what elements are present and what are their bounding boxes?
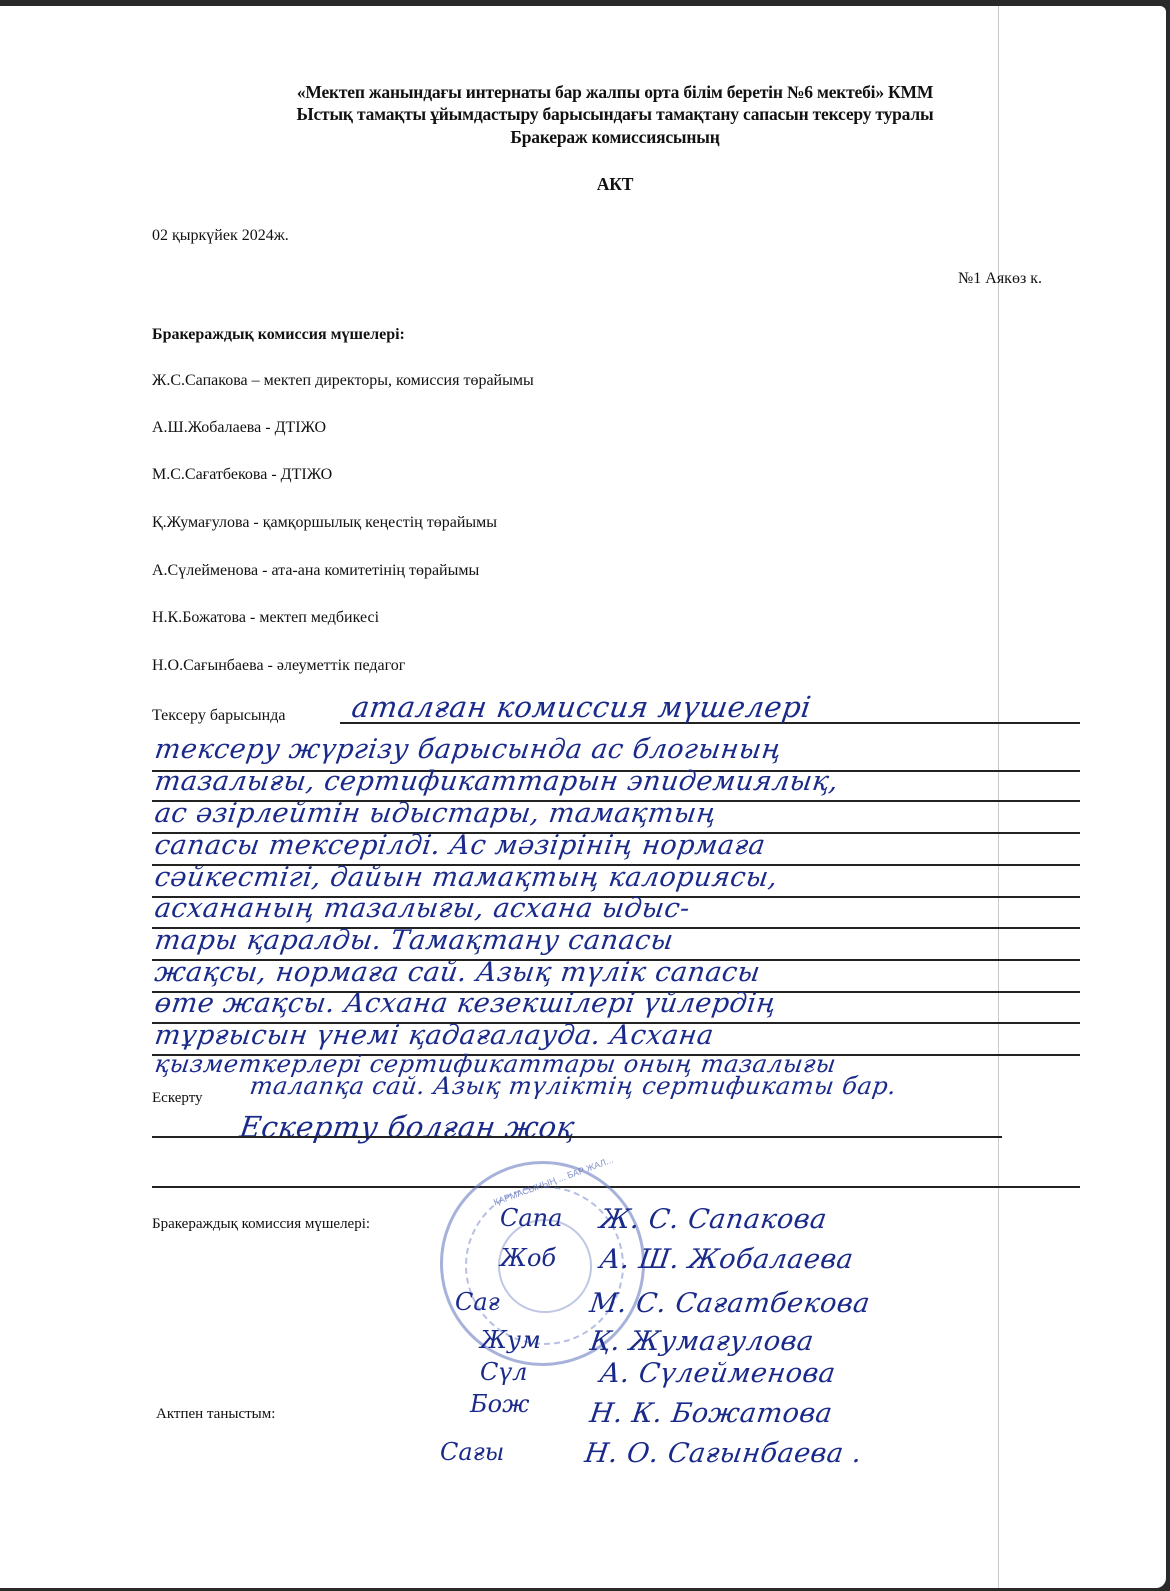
header-line-1: «Мектеп жанындағы интернаты бар жалпы ор… [165, 81, 1065, 103]
signature-4: Жум [480, 1326, 541, 1354]
member-1: Ж.С.Сапакова – мектеп директоры, комисси… [152, 372, 534, 390]
handwritten-line-8: тары қаралды. Тамақтану сапасы [153, 925, 676, 956]
signature-6: Бож [470, 1390, 529, 1418]
header-line-2: Ыстық тамақты ұйымдастыру барысындағы та… [165, 103, 1065, 125]
member-4: Қ.Жумағулова - қамқоршылық кеңестің төра… [152, 514, 497, 532]
header-line-3: Бракераж комиссиясының [165, 126, 1065, 148]
handwritten-line-2: тексеру жүргізу барысында ас блогының [153, 734, 784, 765]
signer-name-6: Н. К. Божатова [588, 1398, 835, 1429]
signature-1: Сапа [500, 1204, 562, 1232]
handwritten-line-9: жақсы, нормаға сай. Азық түлік сапасы [153, 957, 763, 988]
handwritten-line-10: өте жақсы. Асхана кезекшілері үйлердің [153, 988, 779, 1019]
handwritten-line-1: аталған комиссия мүшелері [350, 690, 814, 724]
signature-3: Сағ [455, 1288, 500, 1316]
signer-name-3: М. С. Сағатбекова [588, 1288, 872, 1319]
handwritten-line-13: талапқа сай. Азық түліктің сертификаты б… [248, 1072, 898, 1100]
handwritten-line-7: асхананың тазалығы, асхана ыдыс- [153, 893, 692, 924]
signature-2: Жоб [500, 1244, 556, 1272]
document-date: 02 қыркүйек 2024ж. [152, 227, 289, 245]
inspection-label: Тексеру барысында [152, 707, 285, 725]
page-fold-line [998, 6, 999, 1588]
remark-handwritten: Ескерту болған жоқ [238, 1110, 578, 1144]
signer-name-7: Н. О. Сағынбаева . [583, 1438, 864, 1469]
handwritten-line-6: сәйкестігі, дайын тамақтың калориясы, [153, 862, 780, 893]
signer-name-4: Қ. Жумағулова [588, 1326, 816, 1357]
document-title: АКТ [165, 173, 1065, 195]
signer-name-5: А. Сүлейменова [598, 1358, 838, 1389]
member-6: Н.К.Божатова - мектеп медбикесі [152, 609, 379, 627]
signer-name-1: Ж. С. Сапакова [598, 1204, 829, 1235]
signature-7: Сағы [440, 1438, 504, 1466]
member-2: А.Ш.Жобалаева - ДТІЖО [152, 419, 326, 437]
member-7: Н.О.Сағынбаева - әлеуметтік педагог [152, 657, 405, 675]
handwritten-line-4: ас әзірлейтін ыдыстары, тамақтың [153, 798, 719, 829]
member-5: А.Сүлейменова - ата-ана комитетінің төра… [152, 562, 479, 580]
document-location: №1 Аякөз к. [958, 270, 1042, 288]
remark-line-2 [152, 1186, 1080, 1188]
acknowledged-label: Актпен таныстым: [156, 1406, 275, 1423]
remark-line-1 [152, 1136, 1002, 1138]
signer-name-2: А. Ш. Жобалаева [598, 1244, 856, 1275]
document-page: «Мектеп жанындағы интернаты бар жалпы ор… [0, 6, 1166, 1588]
handwritten-line-3: тазалығы, сертификаттарын эпидемиялық, [153, 766, 841, 797]
handwritten-line-5: сапасы тексерілді. Ас мәзірінің нормаға [153, 830, 768, 861]
signature-5: Сүл [480, 1358, 527, 1386]
remark-label: Ескерту [152, 1090, 203, 1107]
member-3: М.С.Сағатбекова - ДТІЖО [152, 466, 332, 484]
handwritten-line-11: тұрғысын үнемі қадағалауда. Асхана [153, 1020, 716, 1051]
commission-heading: Бракераждық комиссия мүшелері: [152, 326, 405, 344]
signatures-label: Бракераждық комиссия мүшелері: [152, 1216, 370, 1233]
